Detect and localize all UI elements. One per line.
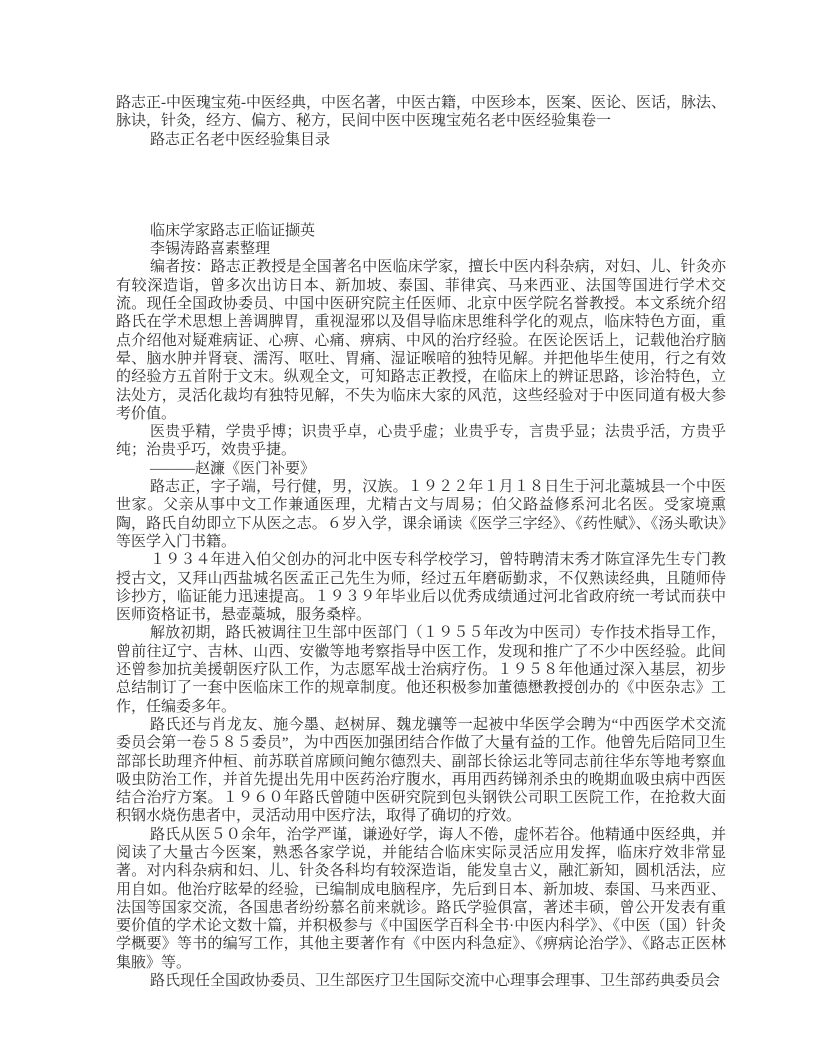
document-page: 路志正-中医瑰宝苑-中医经典，中医名著，中医古籍，中医珍本，医案、医论、医话，脉… [0, 0, 816, 1056]
bio-committee-paragraph: 路氏还与肖龙友、施今墨、赵树屏、魏龙骧等一起被中华医学会聘为“中西医学术交流委员… [116, 716, 726, 826]
bio-early-career-paragraph: 解放初期，路氏被调往卫生部中医部门（１９５５年改为中医司）专作技术指导工作，曾前… [116, 624, 726, 715]
bio-origin-paragraph: 路志正，字子端，号行健，男，汉族。１９２２年１月１８日生于河北藁城县一个中医世家… [116, 478, 726, 551]
article-title: 临床学家路志正临证撷英 [116, 222, 726, 240]
aphorism-citation-line: ———赵濂《医门补要》 [116, 460, 726, 478]
bio-current-posts-paragraph: 路氏现任全国政协委员、卫生部医疗卫生国际交流中心理事会理事、卫生部药典委员会 [116, 972, 726, 990]
bio-scholarship-paragraph: 路氏从医５０余年，治学严谨，谦逊好学，诲人不倦，虚怀若谷。他精通中医经典，并阅读… [116, 826, 726, 972]
header-banner-text: 路志正-中医瑰宝苑-中医经典，中医名著，中医古籍，中医珍本，医案、医论、医话，脉… [116, 94, 726, 131]
toc-title: 路志正名老中医经验集目录 [116, 131, 726, 149]
aphorism-paragraph: 医贵乎精，学贵乎博；识贵乎卓，心贵乎虚；业贵乎专，言贵乎显；法贵乎活，方贵乎纯；… [116, 423, 726, 460]
editor-note-paragraph: 编者按：路志正教授是全国著名中医临床学家，擅长中医内科杂病，对妇、儿、针灸亦有较… [116, 258, 726, 423]
header-article-gap [116, 149, 726, 222]
article-byline: 李锡涛路喜素整理 [116, 240, 726, 258]
bio-education-paragraph: １９３４年进入伯父创办的河北中医专科学校学习，曾特聘清末秀才陈宣泽先生专门教授古… [116, 551, 726, 624]
